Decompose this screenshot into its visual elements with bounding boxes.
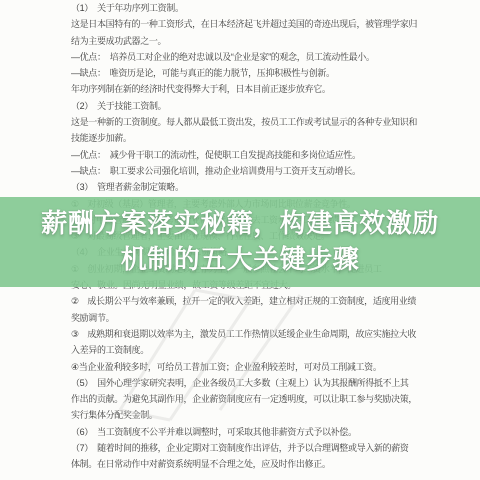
overlay-banner: 薪酬方案落实秘籍，构建高效激励 机制的五大关键步骤: [0, 197, 480, 287]
doc-line: —缺点： 职工要求公司强化培训，推动企业培训费用与工资开支互动增长。: [71, 163, 471, 179]
doc-line: 入差异的工资制度。: [71, 342, 471, 358]
doc-line: 实行集体分配奖金制。: [71, 407, 471, 423]
doc-line: ③ 成熟期和衰退期以效率为主，激发员工工作热情以延缓企业生命周期，故应实施拉大收: [71, 326, 471, 342]
doc-line: 这是一种新的工资制度。每人都从最低工资出发，按员工工作或考试显示的各种专业知识和: [71, 114, 471, 130]
doc-line: （3） 管理者薪金制定策略。: [71, 179, 471, 195]
doc-line: （2） 关于技能工资制。: [71, 98, 471, 114]
doc-line: （7） 随着时间的推移，企业定期对工资制度作出评估，并予以合理调整或导入新的薪资: [71, 440, 471, 456]
doc-line: 奖励调节。: [71, 310, 471, 326]
doc-line: —优点： 减少骨干职工的流动性，促使职工自发提高技能和多岗位适应性。: [71, 147, 471, 163]
banner-title-line1: 薪酬方案落实秘籍，构建高效激励: [0, 205, 480, 241]
doc-line: ② 成长期公平与效率兼顾，拉开一定的收入差距，建立相对正规的工资制度，适度用业绩: [71, 293, 471, 309]
doc-line: —缺点： 唯资历是论，可能与真正的能力脱节，压抑积极性与创新。: [71, 65, 471, 81]
doc-line: —优点： 培养员工对企业的绝对忠诚以及“企业是家”的观念，员工流动性最小。: [71, 49, 471, 65]
doc-line: 结为主要成功武器之一。: [71, 33, 471, 49]
banner-title-line2: 机制的五大关键步骤: [0, 241, 480, 277]
doc-line: 技能逐步加薪。: [71, 130, 471, 146]
doc-line: ④当企业盈利较多时，可给员工普加工资；企业盈利较差时，可对员工削减工资。: [71, 359, 471, 375]
doc-line: 这是日本国特有的一种工资形式，在日本经济起飞并超过美国的奇迹出现后，被管理学家归: [71, 16, 471, 32]
doc-line: （5） 国外心理学家研究表明，企业各级员工大多数（主观上）认为其报酬所得抵不上其: [71, 375, 471, 391]
doc-line: （1） 关于年功序列工资制。: [71, 0, 471, 16]
doc-line: （6） 当工资制度不公平并难以调整时，可采取其他非薪资方式予以补偿。: [71, 424, 471, 440]
document-page: （1） 关于年功序列工资制。 这是日本国特有的一种工资形式，在日本经济起飞并超过…: [0, 0, 480, 480]
doc-line: 年功序列制在新的经济时代变得弊大于利，日本目前正逐步放弃它。: [71, 81, 471, 97]
doc-line: 体制。在日常动作中对薪资系统明显不合理之处，应及时作出修正。: [71, 456, 471, 472]
doc-line: 作出的贡献。为避免其副作用，企业薪资制度应有一定透明度，可以让职工参与奖励决策，: [71, 391, 471, 407]
